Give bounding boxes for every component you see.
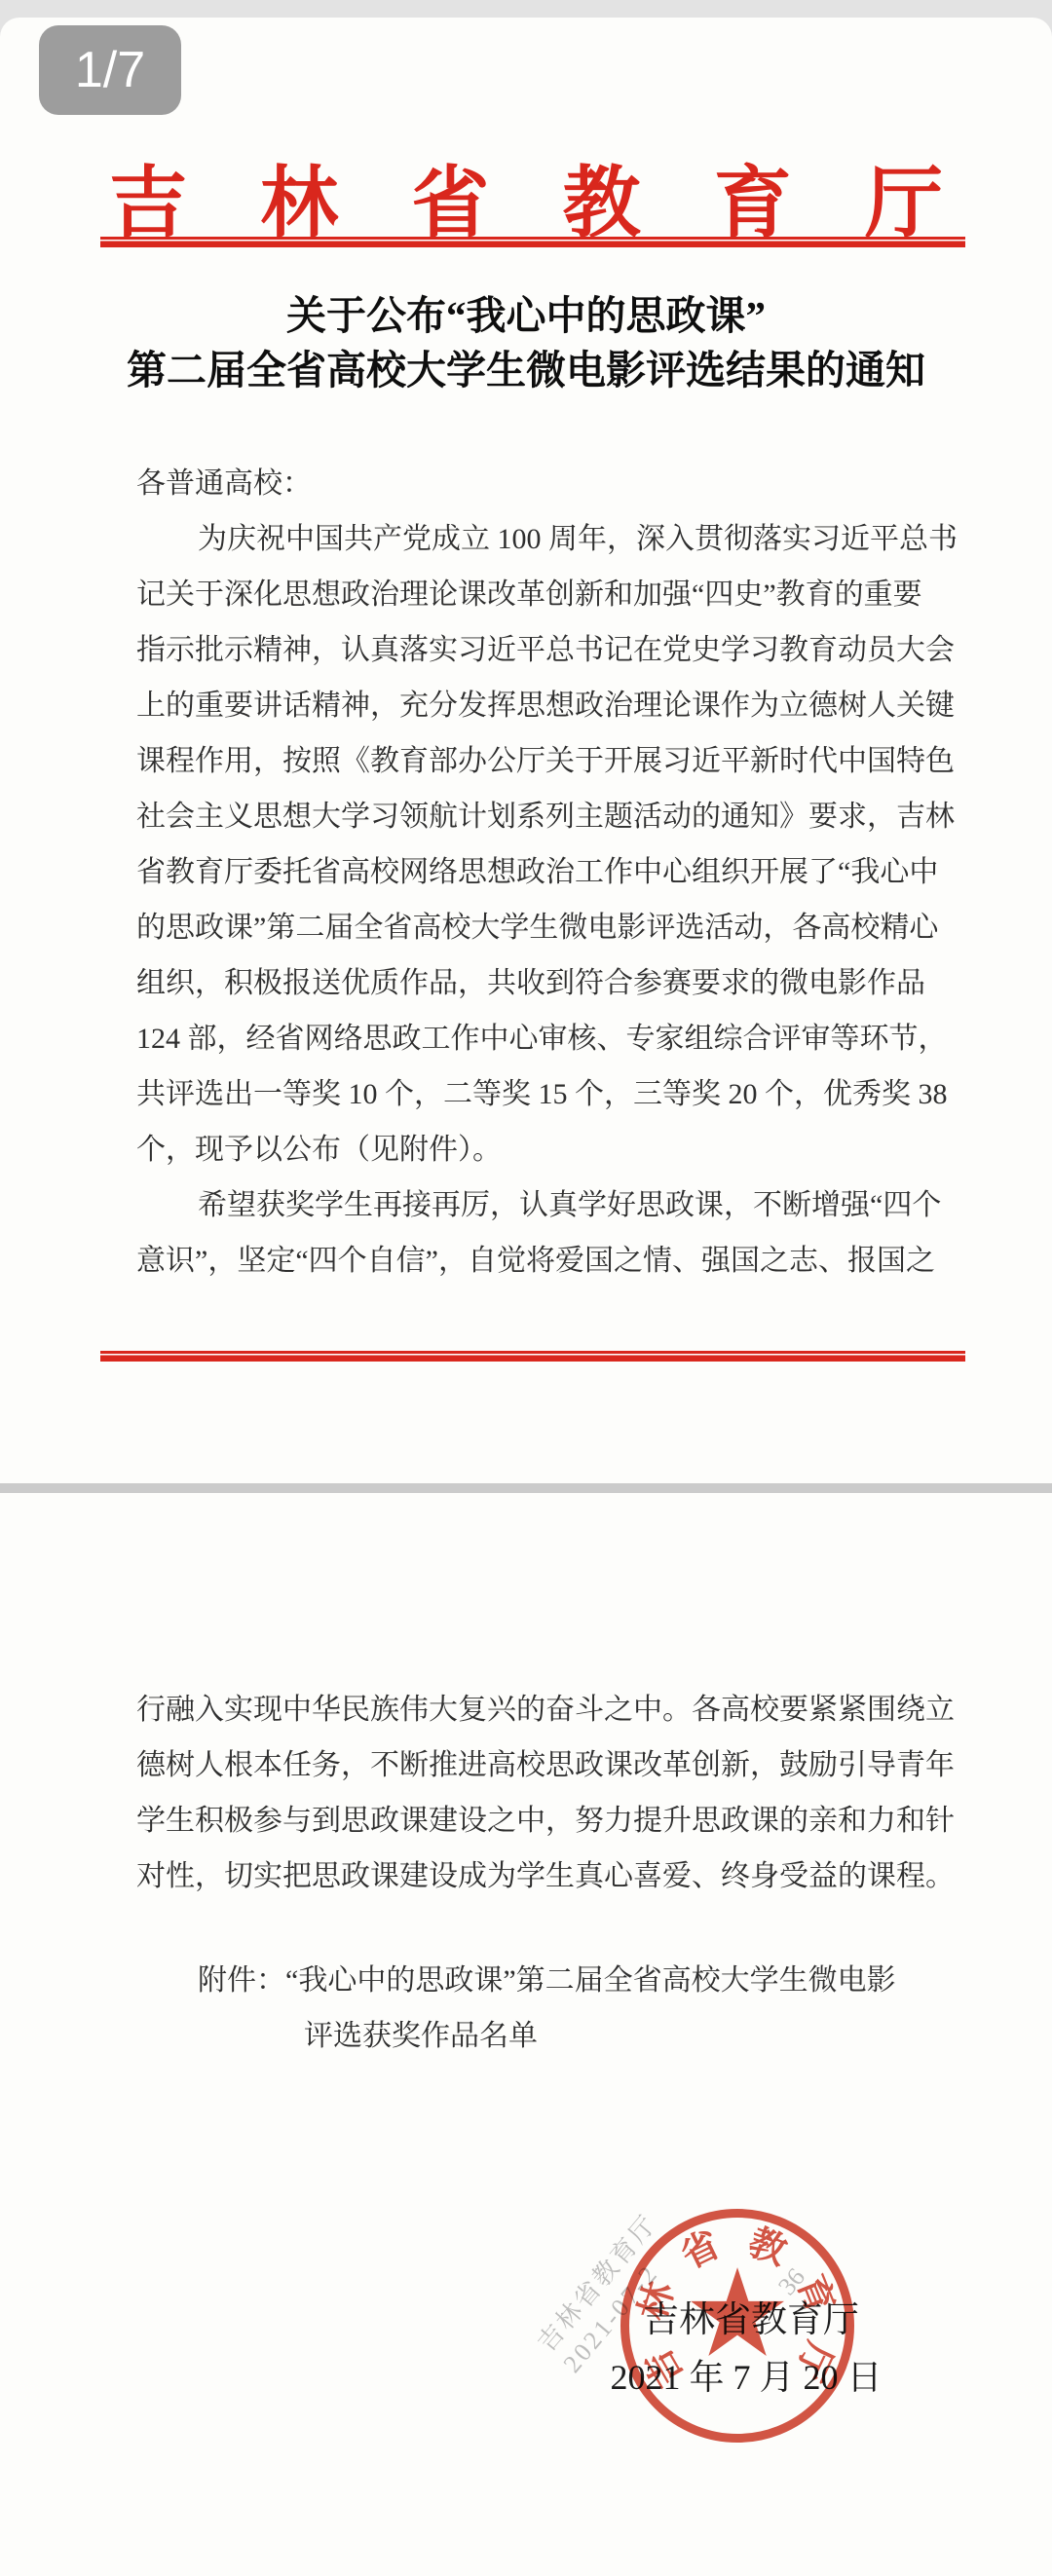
body-text-page-1: 各普通高校：为庆祝中国共产党成立 100 周年，深入贯彻落实习近平总书记关于深化…	[136, 456, 945, 1288]
text-line: 意识”，坚定“四个自信”，自觉将爱国之情、强国之志、报国之	[136, 1233, 945, 1288]
text-line: 社会主义思想大学习领航计划系列主题活动的通知》要求，吉林	[136, 789, 945, 844]
letterhead-char: 林	[260, 166, 338, 243]
text-line: 个，现予以公布（见附件）。	[136, 1122, 945, 1177]
document-title-line-2: 第二届全省高校大学生微电影评选结果的通知	[0, 343, 1052, 397]
text-line: 附件：“我心中的思政课”第二届全省高校大学生微电影	[136, 1953, 945, 2008]
letterhead-divider-line	[100, 237, 965, 247]
text-line: 希望获奖学生再接再厉，认真学好思政课，不断增强“四个	[136, 1177, 945, 1233]
letterhead-char: 厅	[865, 166, 943, 243]
text-line: 省教育厅委托省高校网络思想政治工作中心组织开展了“我心中	[136, 844, 945, 900]
seal-arc-char: 育	[791, 2270, 839, 2318]
page-footer-divider-line	[100, 1351, 965, 1362]
seal-arc-char: 林	[634, 2278, 680, 2324]
text-line: 组织，积极报送优质作品，共收到符合参赛要求的微电影作品	[136, 955, 945, 1011]
text-line: 各普通高校：	[136, 456, 945, 511]
text-line: 对性，切实把思政课建设成为学生真心喜爱、终身受益的课程。	[136, 1848, 945, 1904]
letterhead-char: 教	[563, 166, 641, 243]
text-line: 上的重要讲话精神，充分发挥思想政治理论课作为立德树人关键	[136, 678, 945, 733]
text-line: 德树人根本任务，不断推进高校思政课改革创新，鼓励引导青年	[136, 1737, 945, 1793]
letterhead-char: 省	[411, 166, 489, 243]
letterhead-char: 吉	[109, 166, 187, 243]
document-title: 关于公布“我心中的思政课” 第二届全省高校大学生微电影评选结果的通知	[0, 288, 1052, 397]
document-page-2: 行融入实现中华民族伟大复兴的奋斗之中。各高校要紧紧围绕立德树人根本任务，不断推进…	[0, 1493, 1052, 2576]
letterhead-char: 育	[714, 166, 792, 243]
document-page-1: 吉林省教育厅 关于公布“我心中的思政课” 第二届全省高校大学生微电影评选结果的通…	[0, 18, 1052, 1483]
text-line: 行融入实现中华民族伟大复兴的奋斗之中。各高校要紧紧围绕立	[136, 1682, 945, 1737]
text-line: 共评选出一等奖 10 个，二等奖 15 个，三等奖 20 个，优秀奖 38	[136, 1066, 945, 1122]
issuing-authority-letterhead: 吉林省教育厅	[109, 166, 943, 243]
text-line: 124 部，经省网络思政工作中心审核、专家组综合评审等环节，	[136, 1011, 945, 1066]
official-seal: ★ 吉林省教育厅	[620, 2209, 854, 2443]
document-viewer[interactable]: 吉林省教育厅 关于公布“我心中的思政课” 第二届全省高校大学生微电影评选结果的通…	[0, 0, 1052, 2576]
document-title-line-1: 关于公布“我心中的思政课”	[0, 288, 1052, 343]
text-line: 学生积极参与到思政课建设之中，努力提升思政课的亲和力和针	[136, 1793, 945, 1848]
text-line: 指示批示精神，认真落实习近平总书记在党史学习教育动员大会	[136, 622, 945, 678]
page-indicator: 1/7	[39, 25, 181, 115]
attachment-note: 附件：“我心中的思政课”第二届全省高校大学生微电影评选获奖作品名单	[136, 1953, 945, 2064]
text-line: 课程作用，按照《教育部办公厅关于开展习近平新时代中国特色	[136, 733, 945, 789]
body-text-page-2: 行融入实现中华民族伟大复兴的奋斗之中。各高校要紧紧围绕立德树人根本任务，不断推进…	[136, 1682, 945, 1904]
page-gap	[0, 1483, 1052, 1493]
text-line: 为庆祝中国共产党成立 100 周年，深入贯彻落实习近平总书	[136, 511, 945, 567]
text-line: 评选获奖作品名单	[136, 2008, 945, 2064]
text-line: 记关于深化思想政治理论课改革创新和加强“四史”教育的重要	[136, 567, 945, 622]
text-line: 的思政课”第二届全省高校大学生微电影评选活动，各高校精心	[136, 900, 945, 955]
seal-arc-char: 厅	[789, 2336, 839, 2386]
